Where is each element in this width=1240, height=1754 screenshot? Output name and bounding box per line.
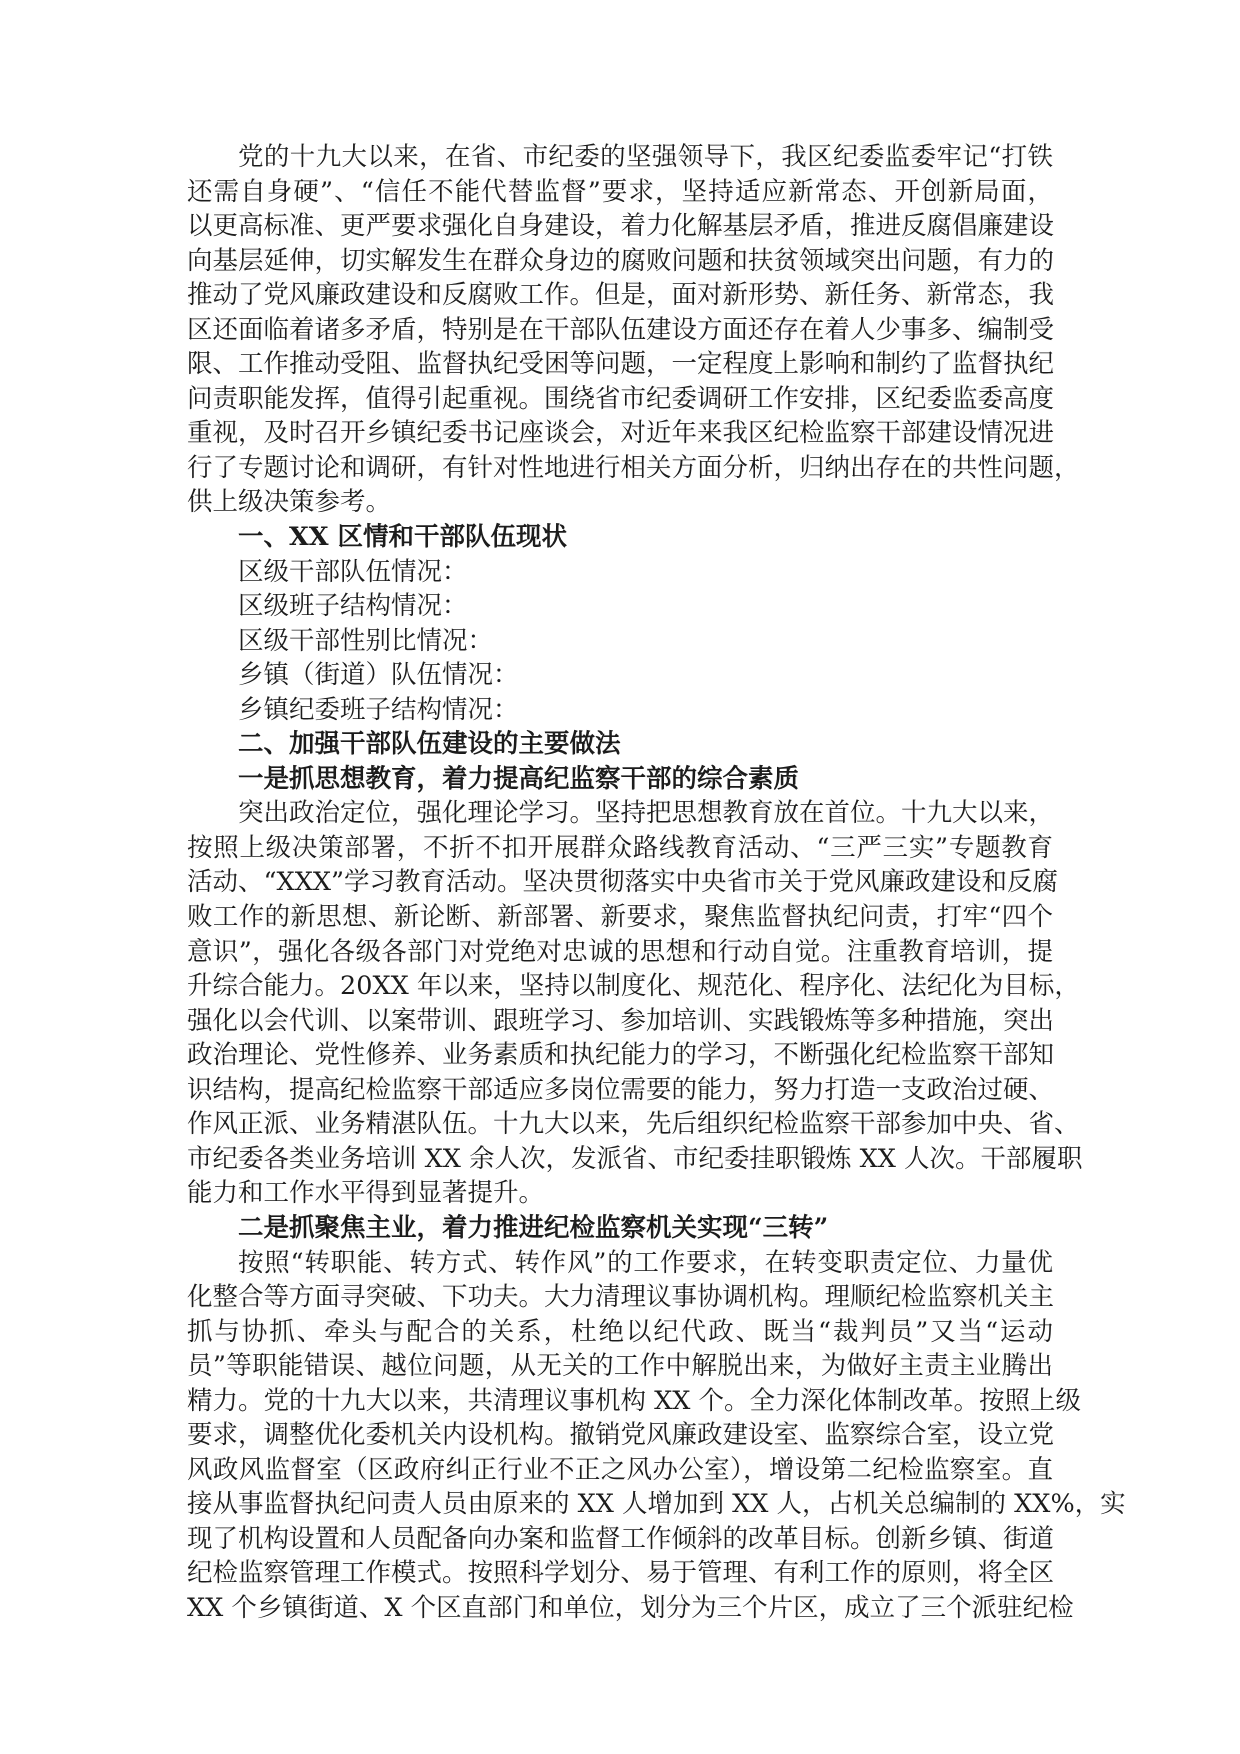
text-line: 风政风监督室（区政府纠正行业不正之风办公室），增设第二纪检监察室。直 [187, 1453, 1053, 1488]
text-line: 重视，及时召开乡镇纪委书记座谈会，对近年来我区纪检监察干部建设情况进 [187, 416, 1053, 451]
document-page: 党的十九大以来，在省、市纪委的坚强领导下，我区纪委监委牢记“打铁 还需自身硬”、… [187, 140, 1053, 1626]
intro-paragraph: 党的十九大以来，在省、市纪委的坚强领导下，我区纪委监委牢记“打铁 还需自身硬”、… [187, 140, 1053, 520]
text-line: 升综合能力。20XX 年以来，坚持以制度化、规范化、程序化、法纪化为目标， [187, 969, 1053, 1004]
text-line: 接从事监督执纪问责人员由原来的 XX 人增加到 XX 人，占机关总编制的 XX%… [187, 1487, 1053, 1522]
section-heading-1: 一、XX 区情和干部队伍现状 [187, 520, 1053, 555]
text-line: 要求，调整优化委机关内设机构。撤销党风廉政建设室、监察综合室，设立党 [187, 1418, 1053, 1453]
section-heading-2: 二、加强干部队伍建设的主要做法 [187, 727, 1053, 762]
text-line: 问责职能发挥，值得引起重视。围绕省市纪委调研工作安排，区纪委监委高度 [187, 382, 1053, 417]
text-line: 意识”，强化各级各部门对党绝对忠诚的思想和行动自觉。注重教育培训，提 [187, 935, 1053, 970]
text-line: 向基层延伸，切实解发生在群众身边的腐败问题和扶贫领域突出问题，有力的 [187, 244, 1053, 279]
text-line: 员”等职能错误、越位问题，从无关的工作中解脱出来，为做好主责主业腾出 [187, 1349, 1053, 1384]
text-line: 现了机构设置和人员配备向办案和监督工作倾斜的改革目标。创新乡镇、街道 [187, 1522, 1053, 1557]
list-item: 区级干部队伍情况： [187, 555, 1053, 590]
text-line: XX 个乡镇街道、X 个区直部门和单位，划分为三个片区，成立了三个派驻纪检 [187, 1591, 1053, 1626]
list-item: 区级班子结构情况： [187, 589, 1053, 624]
list-item: 乡镇纪委班子结构情况： [187, 693, 1053, 728]
text-line: 市纪委各类业务培训 XX 余人次，发派省、市纪委挂职锻炼 XX 人次。干部履职 [187, 1142, 1053, 1177]
list-item: 乡镇（街道）队伍情况： [187, 658, 1053, 693]
text-line: 区还面临着诸多矛盾，特别是在干部队伍建设方面还存在着人少事多、编制受 [187, 313, 1053, 348]
text-line: 纪检监察管理工作模式。按照科学划分、易于管理、有利工作的原则，将全区 [187, 1556, 1053, 1591]
text-line: 限、工作推动受阻、监督执纪受困等问题，一定程度上影响和制约了监督执纪 [187, 347, 1053, 382]
text-line: 突出政治定位，强化理论学习。坚持把思想教育放在首位。十九大以来， [187, 796, 1053, 831]
text-line: 强化以会代训、以案带训、跟班学习、参加培训、实践锻炼等多种措施，突出 [187, 1004, 1053, 1039]
text-line: 精力。党的十九大以来，共清理议事机构 XX 个。全力深化体制改革。按照上级 [187, 1384, 1053, 1419]
body-paragraph: 突出政治定位，强化理论学习。坚持把思想教育放在首位。十九大以来， 按照上级决策部… [187, 796, 1053, 1211]
text-line: 活动、“XXX”学习教育活动。坚决贯彻落实中央省市关于党风廉政建设和反腐 [187, 865, 1053, 900]
text-line: 以更高标准、更严要求强化自身建设，着力化解基层矛盾，推进反腐倡廉建设 [187, 209, 1053, 244]
text-line: 供上级决策参考。 [187, 485, 1053, 520]
text-line: 按照上级决策部署，不折不扣开展群众路线教育活动、“三严三实”专题教育 [187, 831, 1053, 866]
list-item: 区级干部性别比情况： [187, 624, 1053, 659]
body-paragraph: 按照“转职能、转方式、转作风”的工作要求，在转变职责定位、力量优 化整合等方面寻… [187, 1246, 1053, 1626]
text-line: 党的十九大以来，在省、市纪委的坚强领导下，我区纪委监委牢记“打铁 [187, 140, 1053, 175]
text-line: 行了专题讨论和调研，有针对性地进行相关方面分析，归纳出存在的共性问题， [187, 451, 1053, 486]
subsection-heading-2: 二是抓聚焦主业，着力推进纪检监察机关实现“三转” [187, 1211, 1053, 1246]
text-line: 作风正派、业务精湛队伍。十九大以来，先后组织纪检监察干部参加中央、省、 [187, 1107, 1053, 1142]
text-line: 败工作的新思想、新论断、新部署、新要求，聚焦监督执纪问责，打牢“四个 [187, 900, 1053, 935]
subsection-heading-1: 一是抓思想教育，着力提高纪监察干部的综合素质 [187, 762, 1053, 797]
text-line: 政治理论、党性修养、业务素质和执纪能力的学习，不断强化纪检监察干部知 [187, 1038, 1053, 1073]
text-line: 能力和工作水平得到显著提升。 [187, 1176, 1053, 1211]
text-line: 识结构，提高纪检监察干部适应多岗位需要的能力，努力打造一支政治过硬、 [187, 1073, 1053, 1108]
text-line: 推动了党风廉政建设和反腐败工作。但是，面对新形势、新任务、新常态，我 [187, 278, 1053, 313]
text-line: 按照“转职能、转方式、转作风”的工作要求，在转变职责定位、力量优 [187, 1246, 1053, 1281]
text-line: 还需自身硬”、“信任不能代替监督”要求，坚持适应新常态、开创新局面， [187, 175, 1053, 210]
text-line: 抓与协抓、牵头与配合的关系，杜绝以纪代政、既当“裁判员”又当“运动 [187, 1315, 1053, 1350]
text-line: 化整合等方面寻突破、下功夫。大力清理议事协调机构。理顺纪检监察机关主 [187, 1280, 1053, 1315]
